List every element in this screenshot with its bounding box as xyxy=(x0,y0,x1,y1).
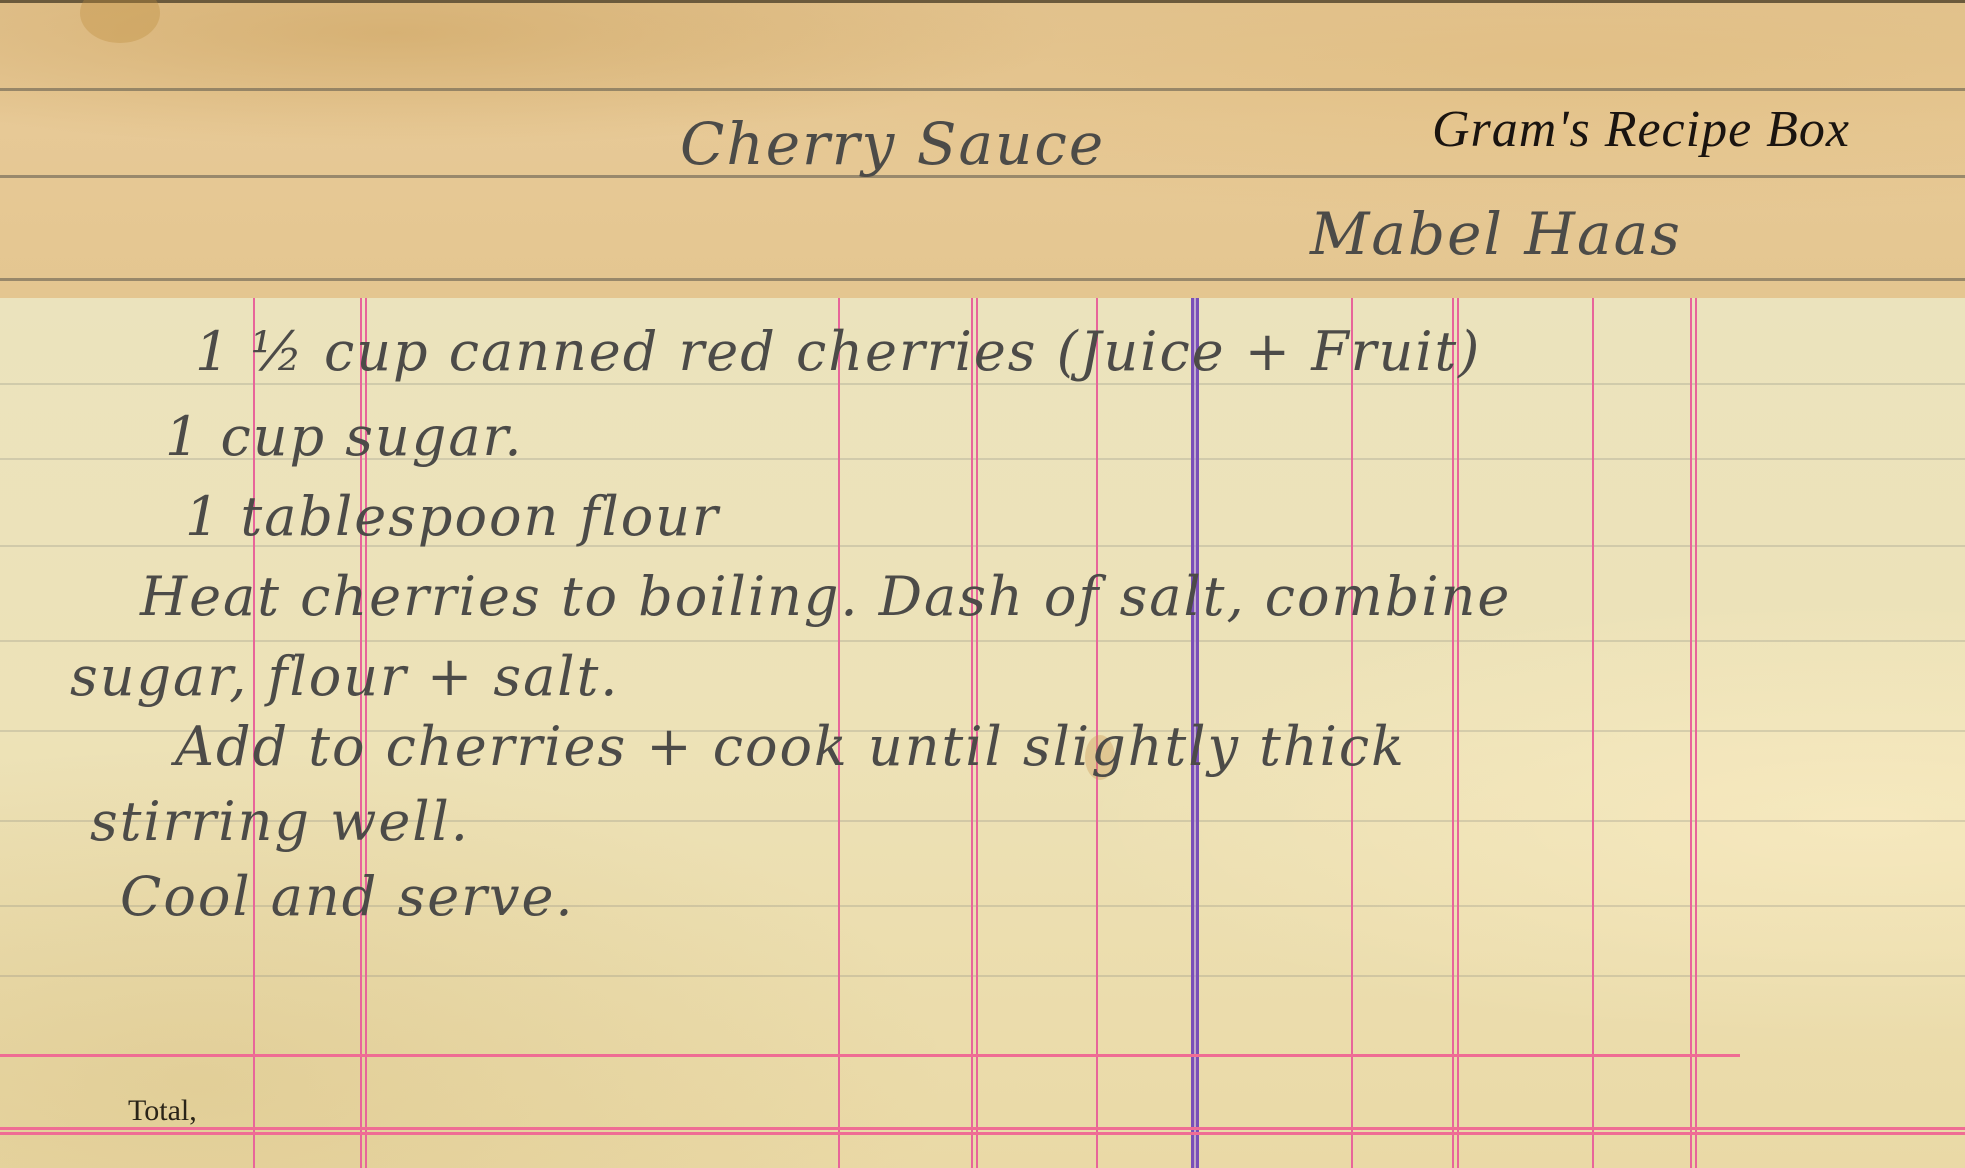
ledger-column-rule xyxy=(1690,298,1697,1168)
header-rule xyxy=(0,278,1965,281)
instruction-line: stirring well. xyxy=(90,790,470,853)
instruction-line: sugar, flour + salt. xyxy=(70,645,619,708)
recipe-title: Cherry Sauce xyxy=(680,110,1105,178)
ingredient-line: 1 cup sugar. xyxy=(165,405,524,468)
pencil-rule xyxy=(0,640,1965,642)
ledger-total-rule xyxy=(0,1127,1965,1135)
recipe-author: Mabel Haas xyxy=(1310,200,1682,268)
header-rule xyxy=(0,88,1965,91)
brand-label: Gram's Recipe Box xyxy=(1432,100,1850,159)
total-label: Total, xyxy=(128,1094,197,1128)
ledger-column-rule xyxy=(1592,298,1594,1168)
instruction-line: Cool and serve. xyxy=(120,865,575,928)
stain xyxy=(80,0,160,43)
ledger-column-rule xyxy=(1452,298,1459,1168)
recipe-card: Cherry Sauce Mabel Haas Gram's Recipe Bo… xyxy=(0,0,1965,1168)
ledger-subtotal-rule xyxy=(0,1054,1740,1057)
instruction-line: Heat cherries to boiling. Dash of salt, … xyxy=(140,565,1511,628)
ingredient-line: 1 ½ cup canned red cherries (Juice + Fru… xyxy=(195,320,1481,383)
pencil-rule xyxy=(0,975,1965,977)
pencil-rule xyxy=(0,383,1965,385)
instruction-line: Add to cherries + cook until slightly th… xyxy=(175,715,1406,778)
ingredient-line: 1 tablespoon flour xyxy=(185,485,720,548)
